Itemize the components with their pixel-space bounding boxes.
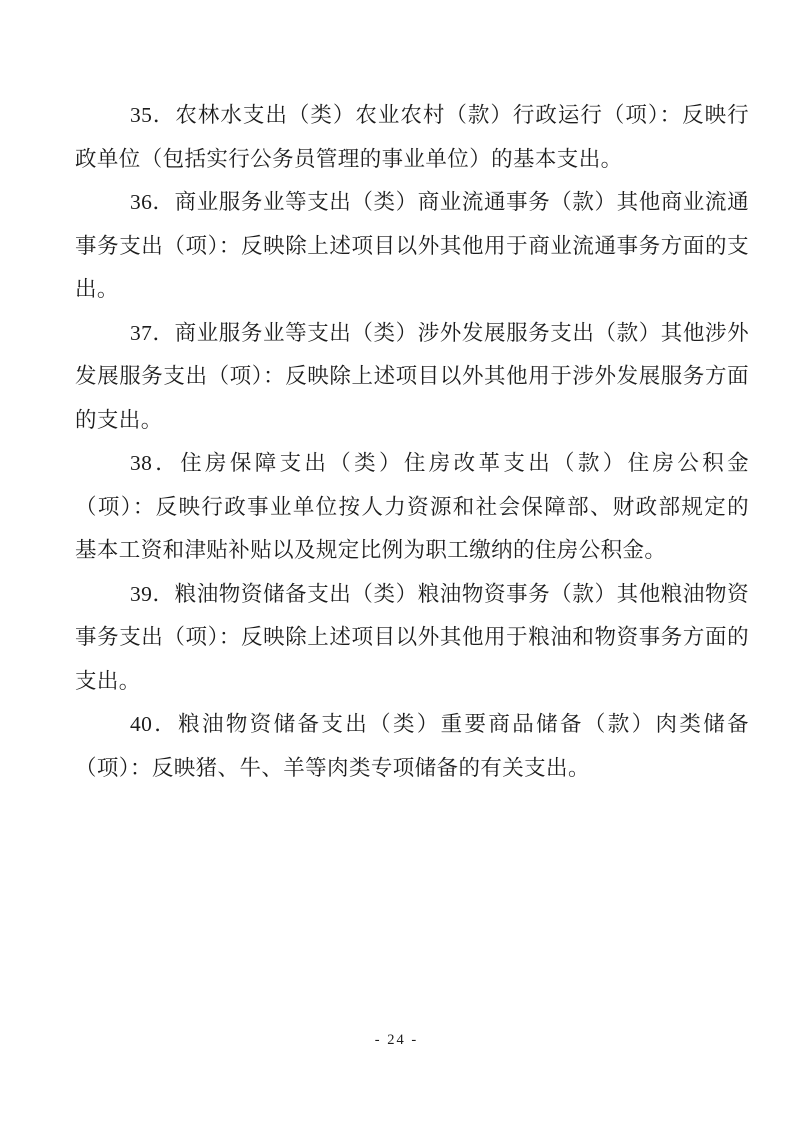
paragraph-item-38: 38．住房保障支出（类）住房改革支出（款）住房公积金（项）：反映行政事业单位按人… bbox=[75, 442, 749, 573]
paragraph-item-39: 39．粮油物资储备支出（类）粮油物资事务（款）其他粮油物资事务支出（项）：反映除… bbox=[75, 573, 749, 704]
document-body: 35．农林水支出（类）农业农村（款）行政运行（项）：反映行政单位（包括实行公务员… bbox=[75, 94, 749, 790]
paragraph-item-35: 35．农林水支出（类）农业农村（款）行政运行（项）：反映行政单位（包括实行公务员… bbox=[75, 94, 749, 181]
paragraph-item-36: 36．商业服务业等支出（类）商业流通事务（款）其他商业流通事务支出（项）：反映除… bbox=[75, 181, 749, 312]
page-number: - 24 - bbox=[0, 1032, 793, 1049]
paragraph-item-40: 40．粮油物资储备支出（类）重要商品储备（款）肉类储备（项）：反映猪、牛、羊等肉… bbox=[75, 703, 749, 790]
document-page: 35．农林水支出（类）农业农村（款）行政运行（项）：反映行政单位（包括实行公务员… bbox=[0, 0, 793, 1122]
paragraph-item-37: 37．商业服务业等支出（类）涉外发展服务支出（款）其他涉外发展服务支出（项）：反… bbox=[75, 312, 749, 443]
